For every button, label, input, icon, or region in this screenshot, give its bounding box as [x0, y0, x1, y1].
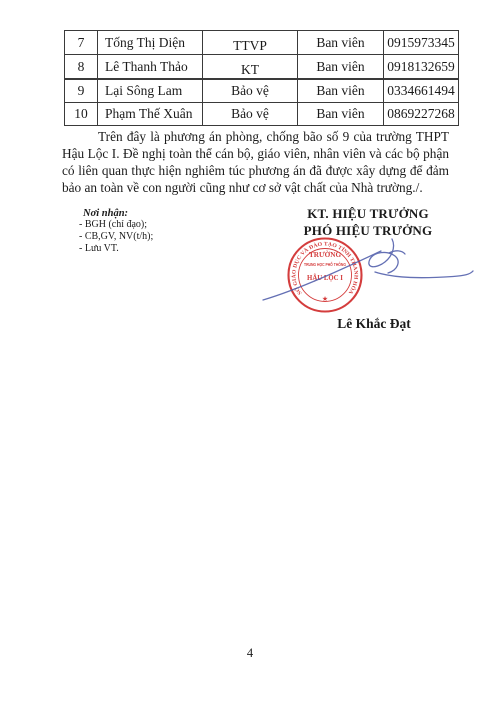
recipients-heading: Nơi nhận: — [83, 208, 229, 219]
recipients-block: Nơi nhận: - BGH (chỉ đạo); - CB,GV, NV(t… — [79, 208, 229, 254]
cell-position: Bảo vệ — [203, 79, 298, 103]
cell-stt: 8 — [65, 55, 98, 80]
table-row: 8 Lê Thanh Thảo KT Ban viên 0918132659 — [65, 55, 459, 80]
recipient-item: - BGH (chỉ đạo); — [79, 219, 229, 231]
cell-phone: 0869227268 — [384, 103, 459, 126]
cell-stt: 7 — [65, 31, 98, 55]
cell-position: KT — [203, 55, 298, 80]
cell-name: Tống Thị Diện — [98, 31, 203, 55]
cell-position: Bảo vệ — [203, 103, 298, 126]
table-row: 7 Tống Thị Diện TTVP Ban viên 0915973345 — [65, 31, 459, 55]
roster-table: 7 Tống Thị Diện TTVP Ban viên 0915973345… — [64, 30, 459, 126]
table-row: 10 Phạm Thế Xuân Bảo vệ Ban viên 0869227… — [65, 103, 459, 126]
cell-role: Ban viên — [298, 55, 384, 80]
document-page: 7 Tống Thị Diện TTVP Ban viên 0915973345… — [0, 0, 500, 707]
handwritten-signature — [255, 230, 480, 310]
page-number: 4 — [0, 646, 500, 661]
cell-name: Lại Sông Lam — [98, 79, 203, 103]
recipient-item: - Lưu VT. — [79, 243, 229, 255]
cell-stt: 9 — [65, 79, 98, 103]
cell-name: Phạm Thế Xuân — [98, 103, 203, 126]
cell-role: Ban viên — [298, 103, 384, 126]
table-row: 9 Lại Sông Lam Bảo vệ Ban viên 033466149… — [65, 79, 459, 103]
signer-title-line1: KT. HIỆU TRƯỞNG — [268, 206, 468, 222]
cell-position: TTVP — [203, 31, 298, 55]
cell-phone: 0915973345 — [384, 31, 459, 55]
cell-stt: 10 — [65, 103, 98, 126]
closing-paragraph: Trên đây là phương án phòng, chống bão s… — [62, 129, 449, 197]
cell-phone: 0334661494 — [384, 79, 459, 103]
signature-stroke-loop — [369, 239, 398, 273]
cell-role: Ban viên — [298, 31, 384, 55]
cell-phone: 0918132659 — [384, 55, 459, 80]
cell-name: Lê Thanh Thảo — [98, 55, 203, 80]
signature-stroke-diagonal — [263, 251, 381, 300]
cell-role: Ban viên — [298, 79, 384, 103]
signer-name: Lê Khắc Đạt — [274, 316, 474, 332]
recipient-item: - CB,GV, NV(t/h); — [79, 231, 229, 243]
